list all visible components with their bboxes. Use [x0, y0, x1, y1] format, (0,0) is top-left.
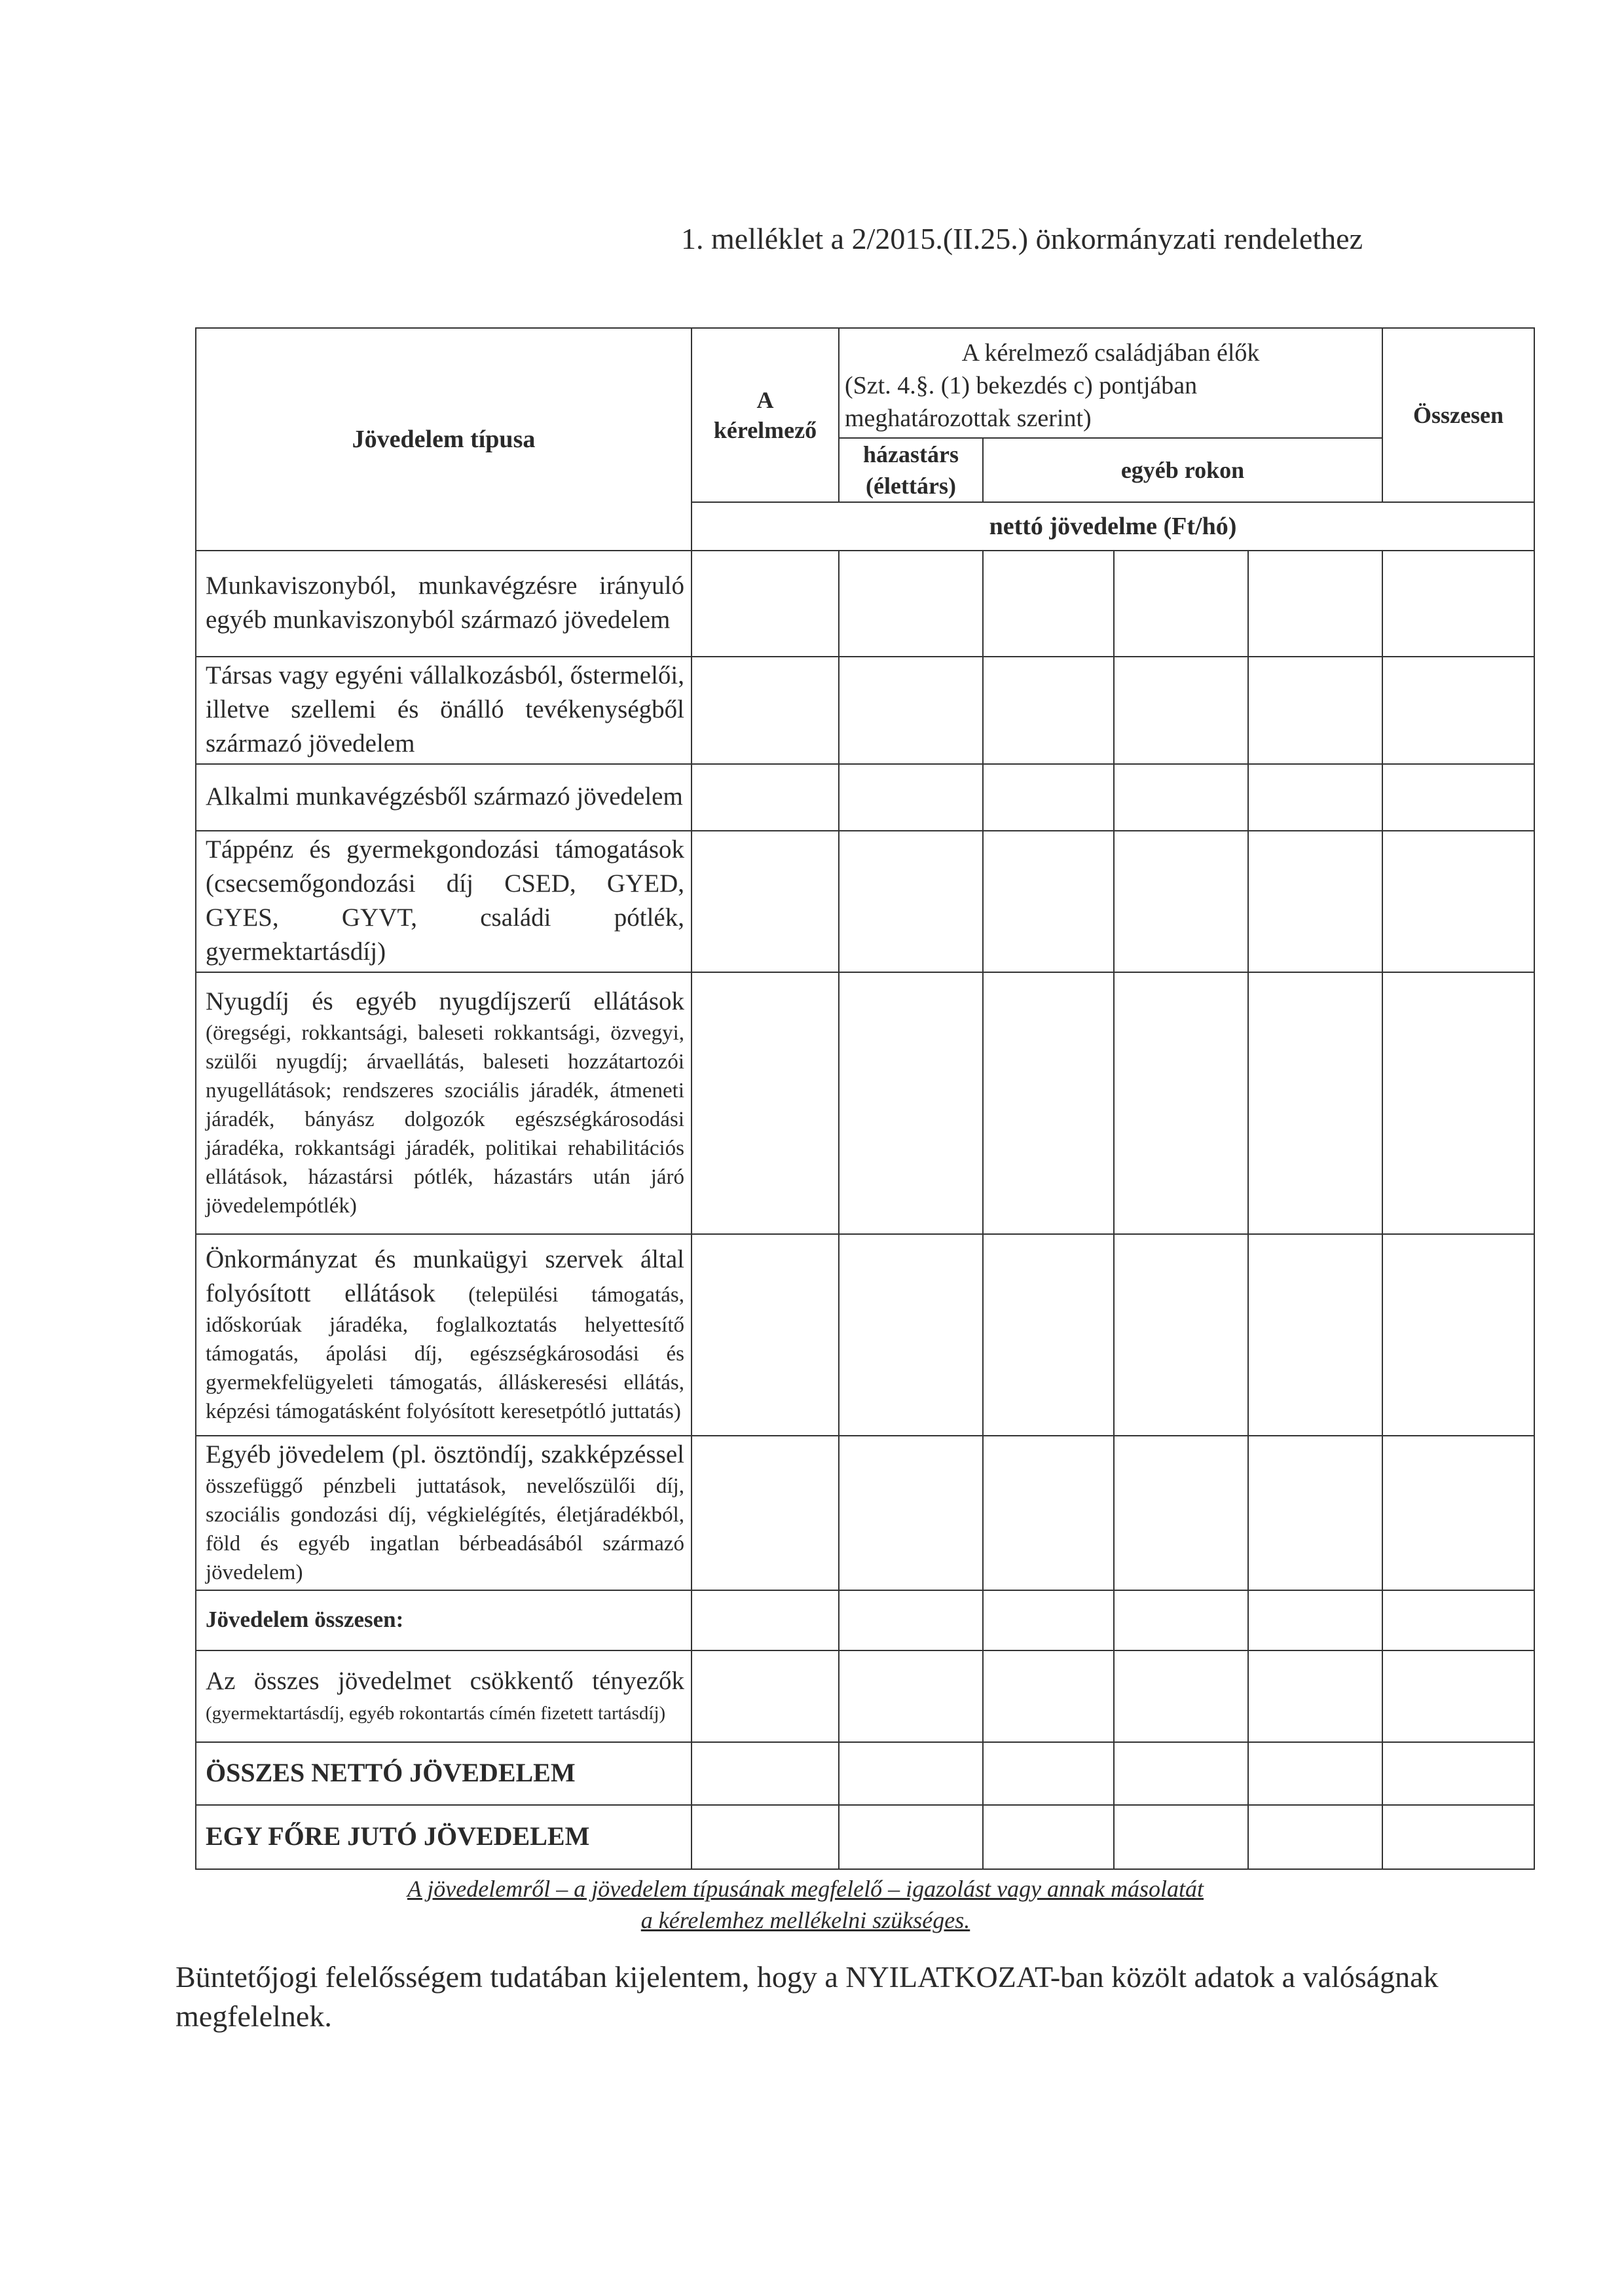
- input-cell-relative-3[interactable]: [1248, 551, 1382, 657]
- row-label: Munkaviszonyból, munkavégzésre irányuló …: [196, 551, 692, 657]
- header-applicant: A kérelmező: [692, 328, 839, 502]
- header-income-type: Jövedelem típusa: [196, 328, 692, 551]
- table-row-income-total: Jövedelem összesen:: [196, 1590, 1534, 1650]
- input-cell-total[interactable]: [1382, 831, 1534, 972]
- table-row: Alkalmi munkavégzésből származó jövedele…: [196, 764, 1534, 831]
- input-cell-total[interactable]: [1382, 1234, 1534, 1436]
- input-cell-applicant[interactable]: [692, 657, 839, 764]
- input-cell-applicant[interactable]: [692, 1650, 839, 1742]
- input-cell-relative-2[interactable]: [1114, 551, 1248, 657]
- input-cell-relative-2[interactable]: [1114, 657, 1248, 764]
- input-cell-spouse[interactable]: [839, 972, 983, 1234]
- input-cell-applicant[interactable]: [692, 551, 839, 657]
- input-cell-relative-1[interactable]: [983, 1436, 1114, 1590]
- input-cell-relative-3[interactable]: [1248, 1590, 1382, 1650]
- header-net-income: nettó jövedelme (Ft/hó): [692, 502, 1534, 551]
- input-cell-applicant[interactable]: [692, 1805, 839, 1869]
- input-cell-applicant[interactable]: [692, 764, 839, 831]
- row-label: Jövedelem összesen:: [196, 1590, 692, 1650]
- input-cell-relative-1[interactable]: [983, 1742, 1114, 1805]
- row-label: EGY FŐRE JUTÓ JÖVEDELEM: [196, 1805, 692, 1869]
- table-row: Nyugdíj és egyéb nyugdíjszerű ellátások …: [196, 972, 1534, 1234]
- input-cell-relative-3[interactable]: [1248, 831, 1382, 972]
- input-cell-relative-1[interactable]: [983, 764, 1114, 831]
- input-cell-relative-2[interactable]: [1114, 831, 1248, 972]
- input-cell-total[interactable]: [1382, 764, 1534, 831]
- header-total: Összesen: [1382, 328, 1534, 502]
- input-cell-relative-3[interactable]: [1248, 1650, 1382, 1742]
- input-cell-relative-2[interactable]: [1114, 1805, 1248, 1869]
- input-cell-relative-1[interactable]: [983, 1650, 1114, 1742]
- input-cell-relative-1[interactable]: [983, 831, 1114, 972]
- row-label: Nyugdíj és egyéb nyugdíjszerű ellátások …: [196, 972, 692, 1234]
- input-cell-spouse[interactable]: [839, 657, 983, 764]
- input-cell-spouse[interactable]: [839, 1742, 983, 1805]
- input-cell-relative-1[interactable]: [983, 972, 1114, 1234]
- input-cell-relative-2[interactable]: [1114, 1234, 1248, 1436]
- input-cell-relative-2[interactable]: [1114, 972, 1248, 1234]
- input-cell-applicant[interactable]: [692, 1590, 839, 1650]
- input-cell-total[interactable]: [1382, 1590, 1534, 1650]
- table-row-total-net-income: ÖSSZES NETTÓ JÖVEDELEM: [196, 1742, 1534, 1805]
- input-cell-relative-2[interactable]: [1114, 1436, 1248, 1590]
- input-cell-relative-1[interactable]: [983, 1805, 1114, 1869]
- document-title: 1. melléklet a 2/2015.(II.25.) önkormány…: [681, 221, 1363, 256]
- attachment-note-line2: a kérelemhez mellékelni szükséges.: [327, 1904, 1283, 1937]
- table-row-deductions: Az összes jövedelmet csökkentő tényezők …: [196, 1650, 1534, 1742]
- input-cell-relative-1[interactable]: [983, 657, 1114, 764]
- input-cell-relative-3[interactable]: [1248, 1436, 1382, 1590]
- input-cell-spouse[interactable]: [839, 1650, 983, 1742]
- table-row: Társas vagy egyéni vállalkozásból, őster…: [196, 657, 1534, 764]
- input-cell-total[interactable]: [1382, 1805, 1534, 1869]
- input-cell-relative-2[interactable]: [1114, 1742, 1248, 1805]
- input-cell-relative-3[interactable]: [1248, 1805, 1382, 1869]
- input-cell-total[interactable]: [1382, 1742, 1534, 1805]
- input-cell-total[interactable]: [1382, 1436, 1534, 1590]
- input-cell-applicant[interactable]: [692, 831, 839, 972]
- liability-statement: Büntetőjogi felelősségem tudatában kijel…: [175, 1958, 1479, 2036]
- input-cell-spouse[interactable]: [839, 1436, 983, 1590]
- input-cell-relative-3[interactable]: [1248, 1742, 1382, 1805]
- input-cell-relative-2[interactable]: [1114, 764, 1248, 831]
- input-cell-total[interactable]: [1382, 972, 1534, 1234]
- attachment-note-line1: A jövedelemről – a jövedelem típusának m…: [327, 1872, 1283, 1905]
- row-label: Önkormányzat és munkaügyi szervek által …: [196, 1234, 692, 1436]
- input-cell-spouse[interactable]: [839, 551, 983, 657]
- input-cell-spouse[interactable]: [839, 831, 983, 972]
- row-label: Társas vagy egyéni vállalkozásból, őster…: [196, 657, 692, 764]
- input-cell-applicant[interactable]: [692, 1436, 839, 1590]
- input-cell-total[interactable]: [1382, 551, 1534, 657]
- header-family-members: A kérelmező családjában élők (Szt. 4.§. …: [839, 328, 1382, 438]
- input-cell-relative-3[interactable]: [1248, 972, 1382, 1234]
- row-label: Alkalmi munkavégzésből származó jövedele…: [196, 764, 692, 831]
- header-other-relative: egyéb rokon: [983, 438, 1382, 502]
- input-cell-spouse[interactable]: [839, 1805, 983, 1869]
- input-cell-applicant[interactable]: [692, 1742, 839, 1805]
- row-label: Az összes jövedelmet csökkentő tényezők …: [196, 1650, 692, 1742]
- input-cell-relative-1[interactable]: [983, 1234, 1114, 1436]
- income-declaration-table: Jövedelem típusa A kérelmező A kérelmező…: [195, 327, 1535, 1870]
- input-cell-relative-1[interactable]: [983, 551, 1114, 657]
- table-row-per-capita-income: EGY FŐRE JUTÓ JÖVEDELEM: [196, 1805, 1534, 1869]
- input-cell-relative-3[interactable]: [1248, 764, 1382, 831]
- row-label: ÖSSZES NETTÓ JÖVEDELEM: [196, 1742, 692, 1805]
- input-cell-relative-1[interactable]: [983, 1590, 1114, 1650]
- input-cell-total[interactable]: [1382, 1650, 1534, 1742]
- table-row: Önkormányzat és munkaügyi szervek által …: [196, 1234, 1534, 1436]
- input-cell-total[interactable]: [1382, 657, 1534, 764]
- input-cell-relative-3[interactable]: [1248, 1234, 1382, 1436]
- header-spouse: házastárs (élettárs): [839, 438, 983, 502]
- row-label: Táppénz és gyermekgondozási támogatások …: [196, 831, 692, 972]
- input-cell-relative-2[interactable]: [1114, 1590, 1248, 1650]
- input-cell-spouse[interactable]: [839, 764, 983, 831]
- input-cell-spouse[interactable]: [839, 1590, 983, 1650]
- input-cell-relative-3[interactable]: [1248, 657, 1382, 764]
- input-cell-spouse[interactable]: [839, 1234, 983, 1436]
- input-cell-applicant[interactable]: [692, 1234, 839, 1436]
- row-label: Egyéb jövedelem (pl. ösztöndíj, szakképz…: [196, 1436, 692, 1590]
- input-cell-applicant[interactable]: [692, 972, 839, 1234]
- table-row: Egyéb jövedelem (pl. ösztöndíj, szakképz…: [196, 1436, 1534, 1590]
- table-row: Táppénz és gyermekgondozási támogatások …: [196, 831, 1534, 972]
- input-cell-relative-2[interactable]: [1114, 1650, 1248, 1742]
- table-row: Munkaviszonyból, munkavégzésre irányuló …: [196, 551, 1534, 657]
